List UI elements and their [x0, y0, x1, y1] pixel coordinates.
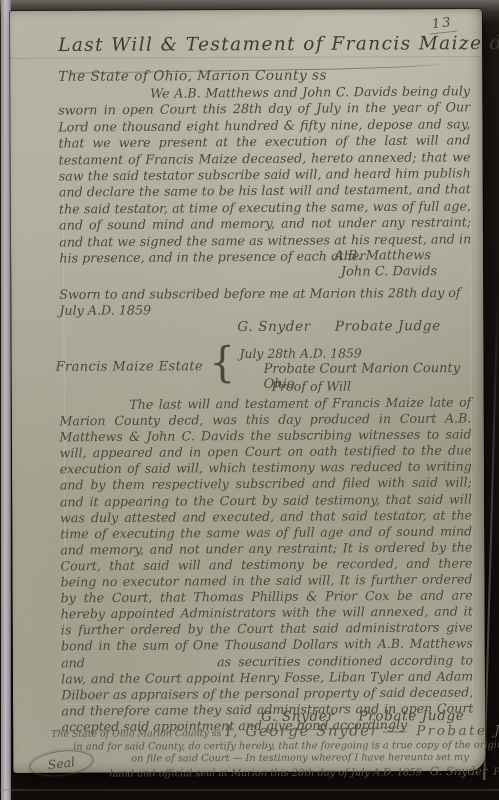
cert-signature-name: G. Snyder	[430, 764, 488, 778]
caption-brace: {	[209, 339, 235, 387]
judge-signature-1: G. SnyderProbate Judge	[237, 318, 440, 335]
attestation-paragraph: We A.B. Matthews and John C. Davids bein…	[58, 83, 471, 267]
witness-signature-matthews: A.B. Matthews	[334, 248, 431, 263]
caption-party: Francis Maize Estate	[56, 359, 204, 375]
cert-judge-name: I, George Snyder	[225, 721, 379, 740]
judge-name: G. Snyder	[237, 319, 310, 335]
cert-closing-text: hand and official seal at Marion this 28…	[109, 767, 422, 779]
jurat-line-2: July A.D. 1859	[59, 302, 151, 317]
certification-line-2: in and for said County, do certify hereb…	[73, 740, 499, 753]
seal-label: Seal	[47, 754, 76, 772]
table-edge-line	[0, 789, 499, 791]
document-title-text: Last Will & Testament of Francis Maize d…	[58, 33, 499, 56]
caption-subject: Proof of Will	[272, 379, 351, 394]
jurisdiction-heading: The State of Ohio, Marion County ss	[58, 68, 327, 85]
photo-frame: 13 Last Will & Testament of Francis Maiz…	[0, 0, 499, 800]
order-paragraph: The last will and testament of Francis M…	[59, 394, 473, 735]
page-stack-edge	[483, 290, 499, 780]
seal-flourish: Seal	[28, 747, 95, 780]
caption-date: July 28th A.D. 1859	[239, 345, 361, 361]
certification-line-1: The State of Ohio Marion County ssI, Geo…	[51, 721, 479, 741]
cert-dash: ——	[382, 724, 406, 739]
crease-line	[10, 56, 482, 59]
blank-surety-gap	[92, 666, 210, 667]
jurat-line-1: Sworn to and subscribed before me at Mar…	[59, 285, 473, 302]
ledger-page: 13 Last Will & Testament of Francis Maiz…	[10, 9, 485, 773]
certification-line-3: on file of said Court — In testimony whe…	[131, 752, 469, 764]
document-title: Last Will & Testament of Francis Maize d…	[58, 32, 462, 56]
cert-judge-title: Probate Judge	[416, 723, 499, 740]
cert-signature-title: Probate Judge	[493, 767, 499, 778]
order-text-1: The last will and testament of Francis M…	[59, 394, 473, 669]
judge-title: Probate Judge	[335, 318, 441, 334]
witness-signature-davids: John C. Davids	[341, 264, 437, 279]
cert-intro: The State of Ohio Marion County ss	[51, 728, 221, 740]
certification-line-4: hand and official seal at Marion this 28…	[109, 764, 499, 780]
